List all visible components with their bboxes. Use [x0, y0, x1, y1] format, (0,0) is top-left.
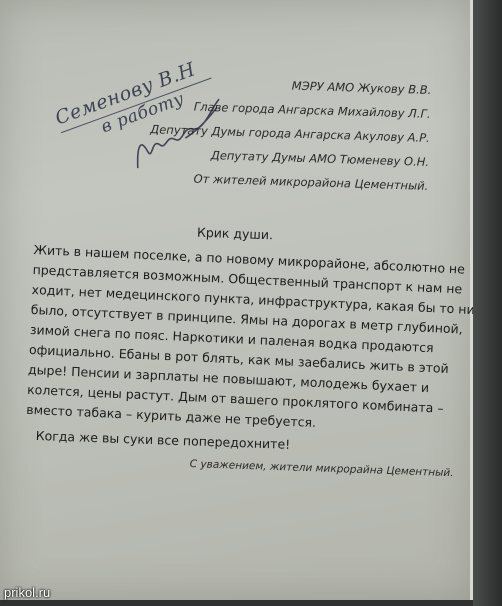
letter-body: Жить в нашем поселке, а по новому микрор… — [26, 240, 446, 439]
recipients-block: МЭРУ АМО Жукову В.В. Главе города Ангарс… — [149, 69, 432, 198]
letter-paper: Семенову В.Н в работу МЭРУ АМО Жукову В.… — [0, 0, 473, 600]
background-edge — [473, 0, 502, 606]
sign-off: С уважением, жители микрорайна Цементный… — [190, 458, 454, 479]
watermark: prikol.ru — [4, 585, 50, 600]
closing-line: Когда же вы суки все попередохните! — [35, 428, 290, 452]
